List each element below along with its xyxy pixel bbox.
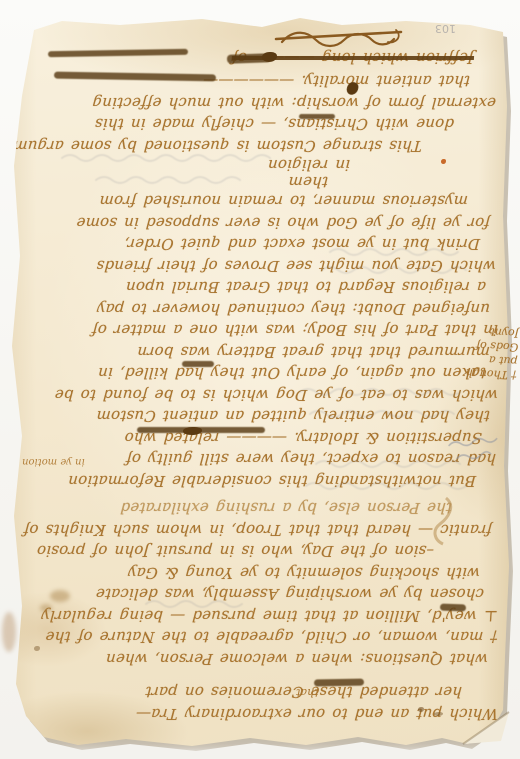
ink-strikeout: [299, 114, 335, 119]
margin-note-line: † Though put a: [447, 350, 518, 382]
manuscript-line: chosen by ye worshiping Assembly, was de…: [21, 583, 485, 605]
manuscript-line: ⊥ wey'd, Million at that time pursued — …: [21, 605, 499, 627]
manuscript-line: done with Christians, — chiefly made in …: [21, 113, 455, 135]
ink-strikeout: [314, 679, 364, 687]
inserted-note: in ye motion: [22, 456, 85, 467]
manuscript-line: unfeigned Doubt: they continued however …: [21, 298, 491, 320]
manuscript-line: they had now entirely quitted an antient…: [21, 405, 491, 427]
manuscript-line: Which put an end to our extraordinary Tr…: [21, 703, 499, 725]
manuscript-line: frantic — heard that that Troop, in whom…: [21, 519, 493, 541]
manuscript-line: taken out again, of early Out they had k…: [21, 362, 487, 384]
manuscript-line: which was to eat of ye Dog which is to b…: [21, 384, 499, 406]
manuscript-line: with shocking solemnity to ye Young & Ga…: [21, 562, 481, 584]
manuscript-line: external form of worship: with out much …: [21, 92, 497, 114]
paper-sheet: Which put an end to our extraordinary Tr…: [6, 16, 514, 746]
manuscript-line: her attended these Ceremonies on part: [21, 681, 463, 703]
paper-stain: [2, 612, 16, 652]
manuscript-text: Which put an end to our extraordinary Tr…: [22, 30, 498, 724]
margin-note: † Though put a Gods of Joynt: [447, 322, 520, 382]
ink-strikeout: [440, 604, 466, 612]
manuscript-line: † man, woman, or Child, agreeable to the…: [21, 626, 499, 648]
ink-strikeout: [182, 361, 214, 367]
manuscript-line: Drink but in ye most exact and quiet Ord…: [21, 233, 481, 255]
manuscript-line: for ye life of ye God who is ever suppos…: [21, 212, 491, 234]
paper-stain: [40, 604, 52, 612]
manuscript-line: which Gate you might see Droves of their…: [21, 255, 497, 277]
paper-stain: [50, 590, 70, 602]
folio-number: 103: [416, 22, 456, 35]
manuscript-line: in religion: [21, 156, 350, 173]
manuscript-line: had reason to expect, they were still gu…: [21, 448, 497, 470]
manuscript-line: the Person else, by a rushing exhilarate…: [21, 497, 453, 519]
manuscript-line: mysterious manner, to remain nourished f…: [21, 190, 469, 212]
inserted-word: that: [296, 686, 318, 699]
manuscript-lines: Which put an end to our extraordinary Tr…: [22, 47, 498, 725]
manuscript-line: them: [21, 173, 328, 190]
manuscript-line: –sion of the Day, who is in pursuit John…: [21, 540, 435, 562]
manuscript-line: But notwithstanding this considerable Re…: [21, 470, 477, 492]
manuscript-line: This strange Custom is questioned by som…: [21, 135, 423, 157]
scanned-manuscript: Which put an end to our extraordinary Tr…: [0, 0, 520, 759]
manuscript-line: what Questions: when a welcome Person, w…: [21, 648, 489, 670]
manuscript-line: murmured that that great Battery was bor…: [21, 341, 491, 363]
manuscript-line: in that Part of his Body; was with one a…: [21, 319, 499, 341]
manuscript-line: a religious Regard to that Great Burial …: [21, 276, 487, 298]
margin-note-line: Gods of Joynt: [448, 322, 519, 354]
